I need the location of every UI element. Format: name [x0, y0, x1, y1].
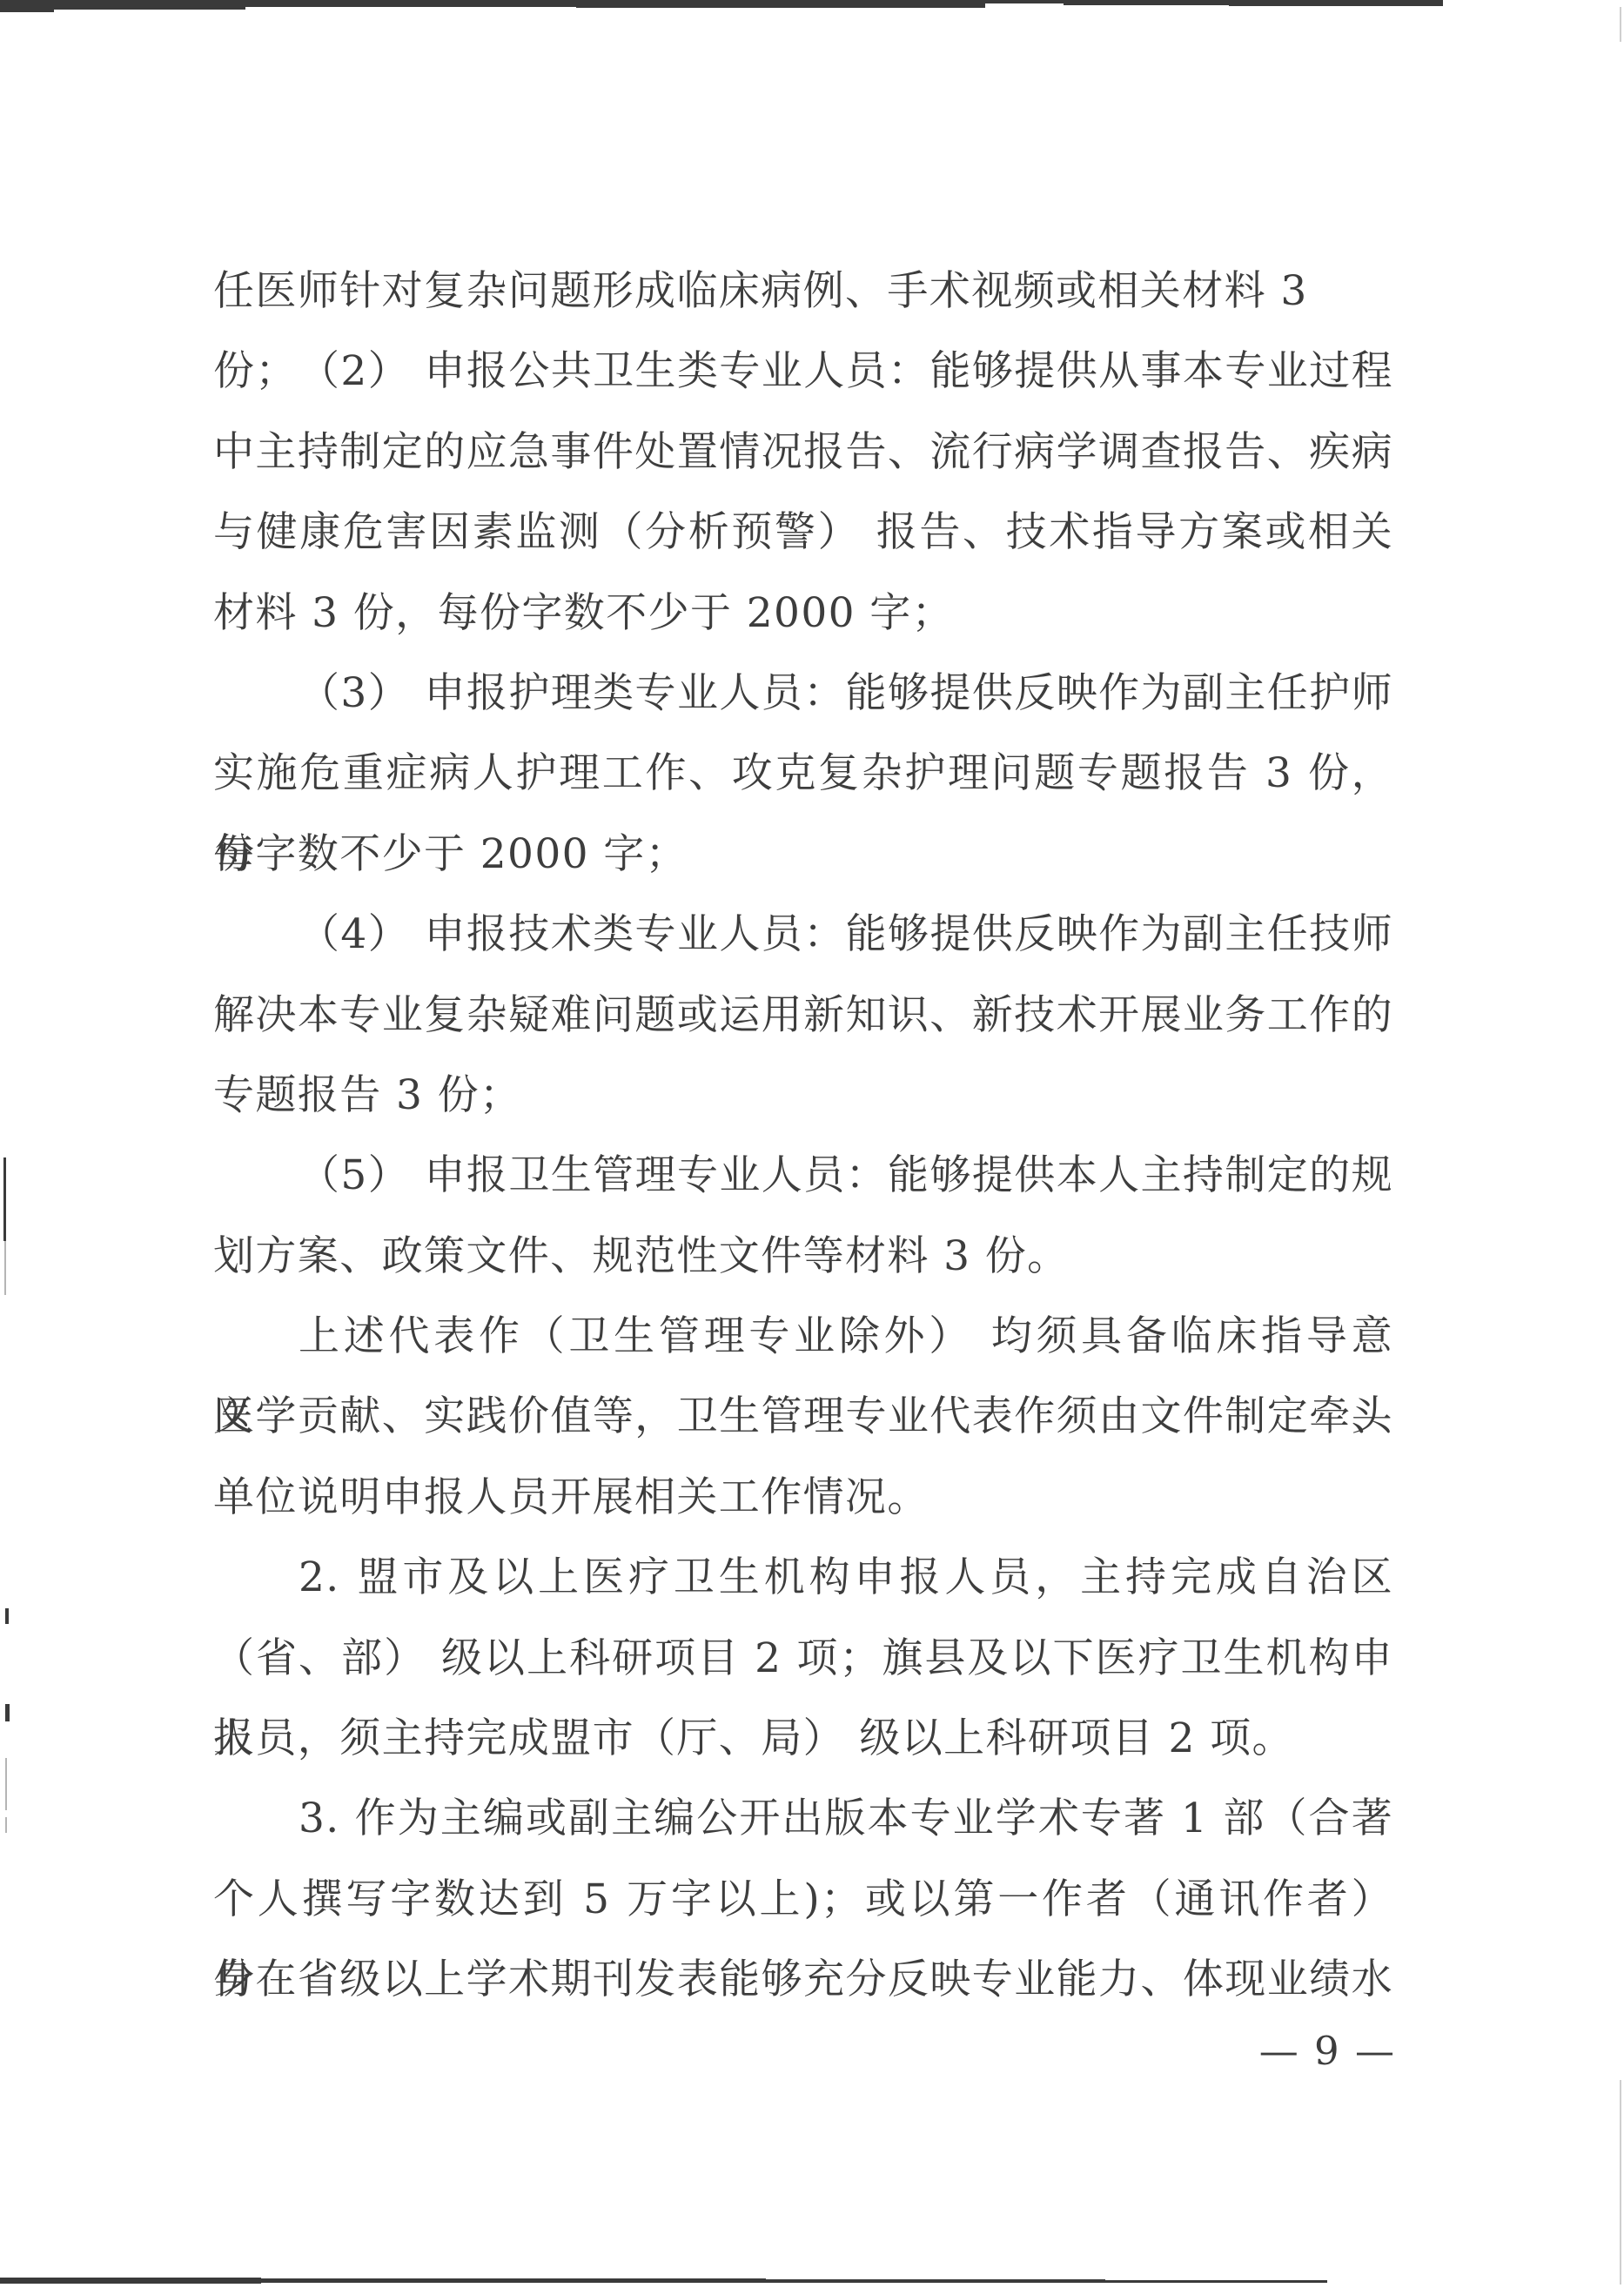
scan-mark-left-3 [5, 1608, 9, 1624]
text-line: 2. 盟市及以上医疗卫生机构申报人员，主持完成自治区 [213, 1538, 1393, 1618]
text-line: 个人撰写字数达到 5 万字以上)；或以第一作者（通讯作者） 身 [213, 1860, 1393, 1940]
scan-edge-top-segment [54, 0, 245, 10]
scan-edge-right [1620, 7, 1621, 42]
text-line: 份字数不少于 2000 字； [213, 815, 1393, 895]
scan-edge-bottom-segment [766, 2279, 1105, 2283]
scan-mark-left-2 [4, 1241, 6, 1295]
scan-mark-left-4 [5, 1704, 10, 1721]
text-line: 单位说明申报人员开展相关工作情况。 [213, 1458, 1393, 1538]
scan-edge-top-segment [245, 0, 576, 7]
scan-edge-top-segment [985, 0, 1064, 3]
text-line: 材料 3 份，每份字数不少于 2000 字； [213, 574, 1393, 654]
text-line: （省、部） 级以上科研项目 2 项；旗县及以下医疗卫生机构申报 [213, 1619, 1393, 1699]
text-line: 划方案、政策文件、规范性文件等材料 3 份。 [213, 1217, 1393, 1297]
text-line: 解决本专业复杂疑难问题或运用新知识、新技术开展业务工作的 [213, 976, 1393, 1056]
text-line: 医学贡献、实践价值等，卫生管理专业代表作须由文件制定牵头 [213, 1377, 1393, 1457]
scan-mark-left-5 [5, 1758, 7, 1810]
scanned-document-page: 任医师针对复杂问题形成临床病例、手术视频或相关材料 3 份；（2） 申报公共卫生… [0, 0, 1624, 2288]
text-line: 人员，须主持完成盟市（厅、局） 级以上科研项目 2 项。 [213, 1699, 1393, 1779]
page-number: — 9 — [1218, 2028, 1396, 2074]
text-line: 实施危重症病人护理工作、攻克复杂护理问题专题报告 3 份，每 [213, 734, 1393, 814]
scan-edge-top-segment [0, 0, 54, 12]
text-line: 份在省级以上学术期刊发表能够充分反映专业能力、体现业绩水 [213, 1940, 1393, 2020]
text-block: 任医师针对复杂问题形成临床病例、手术视频或相关材料 3 份；（2） 申报公共卫生… [213, 252, 1393, 2021]
text-line: 中主持制定的应急事件处置情况报告、流行病学调查报告、疾病 [213, 413, 1393, 493]
text-line: 3. 作为主编或副主编公开出版本专业学术专著 1 部（合著 [213, 1779, 1393, 1859]
text-line: （5） 申报卫生管理专业人员：能够提供本人主持制定的规 [213, 1136, 1393, 1216]
scan-edge-top-segment [576, 0, 985, 8]
text-line: 专题报告 3 份； [213, 1056, 1393, 1136]
scan-edge-bottom-segment [1105, 2280, 1327, 2283]
scan-mark-left-6 [5, 1817, 7, 1833]
text-line: （3） 申报护理类专业人员：能够提供反映作为副主任护师 [213, 654, 1393, 734]
text-line: （4） 申报技术类专业人员：能够提供反映作为副主任技师 [213, 895, 1393, 975]
scan-edge-bottom-segment [261, 2278, 766, 2283]
scan-edge-right [1620, 2080, 1621, 2285]
scan-edge-bottom-segment [0, 2278, 261, 2284]
scan-edge-top-segment [1229, 0, 1443, 6]
text-line: 上述代表作（卫生管理专业除外） 均须具备临床指导意义、 [213, 1297, 1393, 1377]
scan-mark-left-1 [3, 1157, 6, 1241]
text-line: 任医师针对复杂问题形成临床病例、手术视频或相关材料 3 份； [213, 252, 1393, 332]
text-line: （2） 申报公共卫生类专业人员：能够提供从事本专业过程 [213, 332, 1393, 412]
scan-edge-top-segment [1064, 0, 1229, 5]
text-line: 与健康危害因素监测（分析预警） 报告、技术指导方案或相关 [213, 493, 1393, 573]
